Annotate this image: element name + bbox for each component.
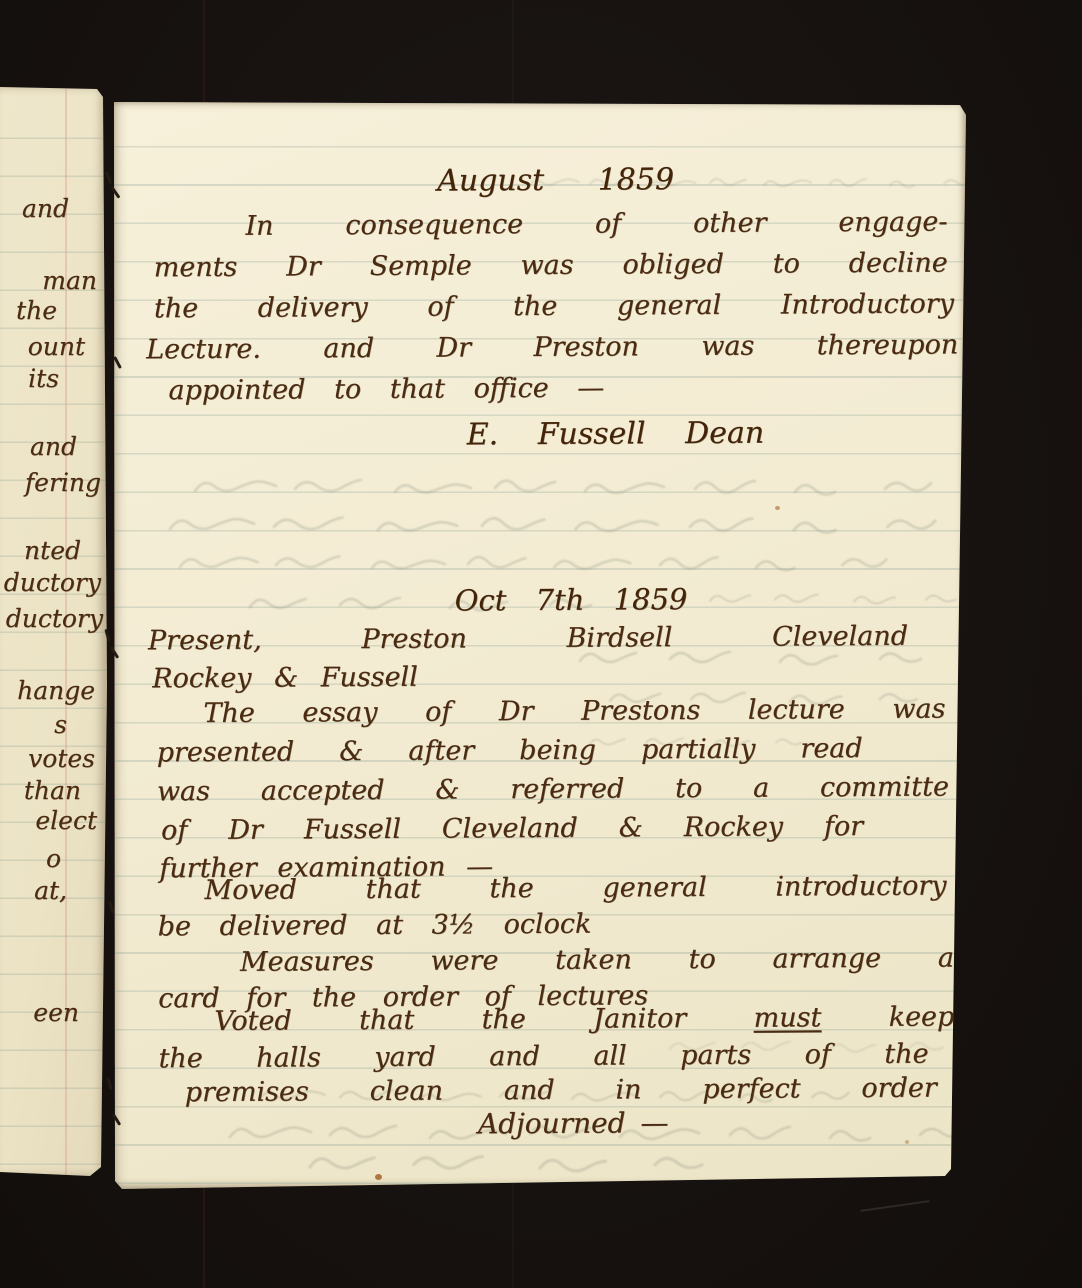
date-heading-august: August 1859 bbox=[437, 164, 674, 197]
manuscript-line: Measures were taken to arrange a bbox=[240, 944, 954, 977]
line-ending-fragment: o bbox=[46, 846, 61, 871]
foxing-spot bbox=[375, 1174, 382, 1180]
voted-text-pre: Voted that the Janitor bbox=[214, 1003, 753, 1037]
line-ending-fragment: fering bbox=[25, 470, 101, 495]
manuscript-line: premises clean and in perfect order bbox=[185, 1075, 937, 1108]
manuscript-line: ments Dr Semple was obliged to decline bbox=[154, 249, 948, 282]
voted-text-post: keep bbox=[821, 1001, 954, 1033]
line-ending-fragment: and bbox=[22, 196, 69, 221]
line-ending-fragment: hange bbox=[17, 678, 95, 703]
facing-page-edge: and man the ount its and fering nted duc… bbox=[0, 87, 107, 1176]
manuscript-line: The essay of Dr Prestons lecture was bbox=[203, 696, 945, 729]
backdrop-scratch bbox=[860, 1200, 930, 1212]
line-ending-fragment: elect bbox=[35, 808, 97, 833]
manuscript-line-voted: Voted that the Janitor must keep bbox=[214, 1003, 954, 1036]
line-ending-fragment: ductory bbox=[4, 570, 101, 595]
line-ending-fragment: s bbox=[54, 712, 67, 737]
line-ending-fragment: nted bbox=[24, 538, 81, 563]
photographed-manuscript: { "colors": { "backdrop": "#171210", "pa… bbox=[0, 0, 1082, 1288]
date-heading-october: Oct 7th 1859 bbox=[455, 584, 688, 616]
line-ending-fragment: at, bbox=[34, 878, 67, 903]
manuscript-line: presented & after being partially read bbox=[157, 735, 863, 768]
line-ending-fragment: its bbox=[28, 366, 59, 391]
manuscript-line: the delivery of the general Introductory bbox=[154, 290, 954, 323]
foxing-spot bbox=[775, 506, 780, 510]
manuscript-line: the halls yard and all parts of the bbox=[158, 1041, 928, 1074]
binding-stitch bbox=[108, 901, 115, 914]
line-ending-fragment: een bbox=[33, 1000, 79, 1025]
manuscript-line: Present, Preston Birdsell Cleveland bbox=[148, 623, 908, 656]
manuscript-line: appointed to that office — bbox=[168, 375, 604, 406]
voted-text-underlined: must bbox=[753, 1002, 821, 1033]
manuscript-line: Moved that the general introductory bbox=[204, 873, 946, 906]
manuscript-line: of Dr Fussell Cleveland & Rockey for bbox=[161, 813, 863, 846]
line-ending-fragment: than bbox=[24, 778, 81, 803]
line-ending-fragment: and bbox=[30, 434, 77, 459]
signature-line: E. Fussell Dean bbox=[467, 418, 765, 451]
closing-line: Adjourned — bbox=[478, 1108, 669, 1139]
line-ending-fragment: the bbox=[16, 298, 57, 323]
handwritten-content: August 1859 In consequence of other enga… bbox=[107, 96, 971, 1193]
manuscript-line: Rockey & Fussell bbox=[152, 664, 418, 694]
manuscript-line: be delivered at 3½ oclock bbox=[158, 911, 592, 942]
line-ending-fragment: ount bbox=[28, 334, 85, 359]
manuscript-page: August 1859 In consequence of other enga… bbox=[110, 99, 967, 1191]
line-ending-fragment: man bbox=[42, 268, 97, 293]
binding-stitch bbox=[106, 1077, 112, 1090]
binding-stitch bbox=[105, 171, 113, 184]
manuscript-line: Lecture. and Dr Preston was thereupon bbox=[146, 331, 958, 364]
foxing-spot bbox=[905, 1140, 909, 1144]
manuscript-line: In consequence of other engage- bbox=[245, 208, 947, 241]
line-ending-fragment: votes bbox=[28, 746, 95, 771]
line-ending-fragment: ductory bbox=[6, 606, 103, 631]
manuscript-line: was accepted & referred to a committe bbox=[157, 773, 949, 806]
